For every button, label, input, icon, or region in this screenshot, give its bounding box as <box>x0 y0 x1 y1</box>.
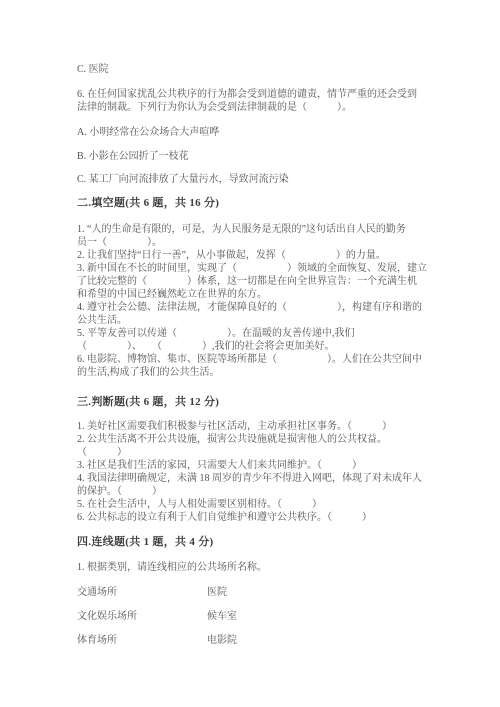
matching-row-2: 文化娱乐场所 候车室 <box>77 610 433 623</box>
judgment-item-3: 3. 社区是我们生活的家园，只需要大人们来共同维护。（ ） <box>77 459 433 472</box>
matching-place-cinema: 电影院 <box>207 634 433 647</box>
fill-item-3: 3. 新中国在不长的时间里，实现了（ ）领域的全面恢复、发展，建立 了比较完整的… <box>77 262 433 301</box>
judgment-section: 三.判断题(共 6 题，共 12 分) 1. 美好社区需要我们积极参与社区活动，… <box>77 396 433 524</box>
question-6-option-a: A. 小明经常在公众场合大声喧哗 <box>77 126 433 139</box>
matching-section: 四.连线题(共 1 题，共 4 分) 1. 根据类别，请连线相应的公共场所名称。… <box>77 536 433 647</box>
multiple-choice-section: C. 医院 6. 在任何国家扰乱公共秩序的行为都会受到道德的谴责，情节严重的还会… <box>77 63 433 186</box>
question-6-stem: 6. 在任何国家扰乱公共秩序的行为都会受到道德的谴责，情节严重的还会受到 法律的… <box>77 88 433 114</box>
matching-row-1: 交通场所 医院 <box>77 586 433 599</box>
fill-in-heading: 二.填空题(共 6 题，共 16 分) <box>77 197 433 210</box>
fill-item-1: 1. “人的生命是有限的，可是，为人民服务是无限的”这句话出自人民的勤务 员一（… <box>77 223 433 249</box>
fill-item-2: 2. 让我们坚持“日行一善”，从小事做起，发挥（ ）的力量。 <box>77 249 433 262</box>
matching-category-culture: 文化娱乐场所 <box>77 610 207 623</box>
matching-heading: 四.连线题(共 1 题，共 4 分) <box>77 536 433 549</box>
judgment-item-6: 6. 公共标志的设立有利于人们自觉维护和遵守公共秩序。（ ） <box>77 511 433 524</box>
fill-item-6: 6. 电影院、博物馆、集市、医院等场所都是（ ）。人们在公共空间中 的生活,构成… <box>77 353 433 379</box>
judgment-item-1: 1. 美好社区需要我们积极参与社区活动，主动承担社区事务。（ ） <box>77 420 433 433</box>
matching-instruction: 1. 根据类别，请连线相应的公共场所名称。 <box>77 561 433 574</box>
matching-place-waiting-room: 候车室 <box>207 610 433 623</box>
matching-category-transport: 交通场所 <box>77 586 207 599</box>
fill-in-section: 二.填空题(共 6 题，共 16 分) 1. “人的生命是有限的，可是，为人民服… <box>77 197 433 379</box>
worksheet-page: C. 医院 6. 在任何国家扰乱公共秩序的行为都会受到道德的谴责，情节严重的还会… <box>0 0 500 707</box>
question-6-option-b: B. 小影在公园折了一枝花 <box>77 150 433 163</box>
fill-item-5: 5. 平等友善可以传递（ ）。在温暖的友善传递中,我们 （ ）、 （ ）,我们的… <box>77 327 433 353</box>
fill-item-4: 4. 遵守社会公德、法律法规，才能保障良好的（ ），构建有序和谐的 公共生活。 <box>77 301 433 327</box>
matching-place-hospital: 医院 <box>207 586 433 599</box>
page-content: C. 医院 6. 在任何国家扰乱公共秩序的行为都会受到道德的谴责，情节严重的还会… <box>77 63 433 647</box>
judgment-item-5: 5. 在社会生活中，人与人相处需要区别相待。（ ） <box>77 498 433 511</box>
matching-category-sports: 体育场所 <box>77 634 207 647</box>
judgment-item-4: 4. 我国法律明确规定，未满 18 周岁的青少年不得进入网吧，体现了对未成年人 … <box>77 472 433 498</box>
question-6-option-c: C. 某工厂向河流排放了大量污水，导致河流污染 <box>77 173 433 186</box>
choice-option-c-carryover: C. 医院 <box>77 63 433 76</box>
matching-row-3: 体育场所 电影院 <box>77 634 433 647</box>
judgment-heading: 三.判断题(共 6 题，共 12 分) <box>77 396 433 409</box>
judgment-item-2: 2. 公共生活离不开公共设施，损害公共设施就是损害他人的公共权益。 （ ） <box>77 433 433 459</box>
